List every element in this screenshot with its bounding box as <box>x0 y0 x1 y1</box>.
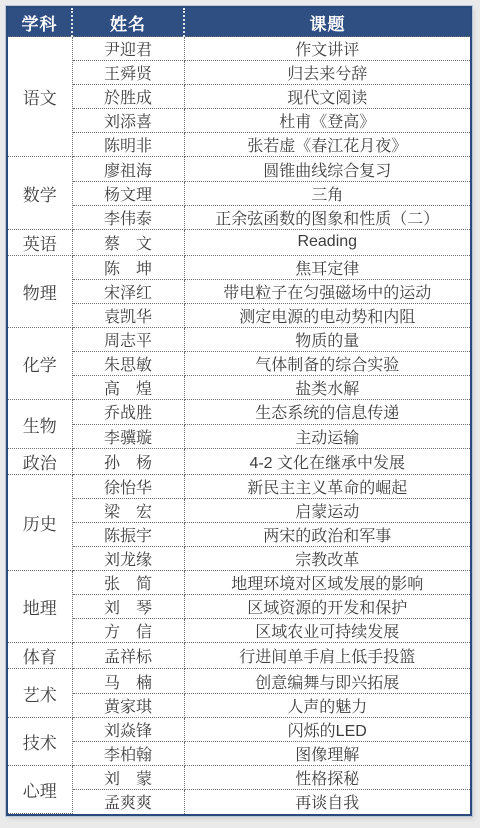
subject-cell: 语文 <box>8 37 72 157</box>
table-row: 语文尹迎君作文讲评 <box>8 37 470 61</box>
topic-cell: 两宋的政治和军事 <box>184 522 470 546</box>
table-row: 物理陈 坤焦耳定律 <box>8 255 470 279</box>
table-row: 梁 宏启蒙运动 <box>8 498 470 522</box>
topic-cell: 生态系统的信息传递 <box>184 400 470 424</box>
table-row: 袁凯华测定电源的电动势和内阻 <box>8 304 470 328</box>
topic-cell: 张若虚《春江花月夜》 <box>184 133 470 157</box>
table-row: 刘龙缘宗教改革 <box>8 547 470 571</box>
header-subject: 学科 <box>8 8 72 37</box>
table-row: 生物乔战胜生态系统的信息传递 <box>8 400 470 424</box>
name-cell: 徐怡华 <box>72 474 184 498</box>
topic-cell: 正余弦函数的图象和性质（二） <box>184 205 470 229</box>
topic-cell: 人声的魅力 <box>184 693 470 717</box>
subject-cell: 技术 <box>8 717 72 765</box>
table-row: 李伟泰正余弦函数的图象和性质（二） <box>8 205 470 229</box>
topic-cell: 区域资源的开发和保护 <box>184 595 470 619</box>
table-header: 学科 姓名 课题 <box>8 8 470 37</box>
table-row: 政治孙 杨4-2 文化在继承中发展 <box>8 448 470 474</box>
name-cell: 王舜贤 <box>72 61 184 85</box>
table-row: 技术刘焱锋闪烁的LED <box>8 717 470 741</box>
table-row: 於胜成现代文阅读 <box>8 85 470 109</box>
topic-cell: 归去来兮辞 <box>184 61 470 85</box>
table-body: 语文尹迎君作文讲评王舜贤归去来兮辞於胜成现代文阅读刘添喜杜甫《登高》陈明非张若虚… <box>8 37 470 814</box>
table-row: 孟爽爽再谈自我 <box>8 789 470 813</box>
name-cell: 陈 坤 <box>72 255 184 279</box>
subject-cell: 体育 <box>8 643 72 669</box>
name-cell: 梁 宏 <box>72 498 184 522</box>
name-cell: 刘 琴 <box>72 595 184 619</box>
topic-cell: 现代文阅读 <box>184 85 470 109</box>
topic-cell: 闪烁的LED <box>184 717 470 741</box>
topic-cell: 启蒙运动 <box>184 498 470 522</box>
header-name: 姓名 <box>72 8 184 37</box>
name-cell: 刘焱锋 <box>72 717 184 741</box>
name-cell: 方 信 <box>72 619 184 643</box>
topic-cell: 4-2 文化在继承中发展 <box>184 448 470 474</box>
name-cell: 宋泽红 <box>72 279 184 303</box>
name-cell: 张 简 <box>72 571 184 595</box>
table-row: 化学周志平物质的量 <box>8 328 470 352</box>
name-cell: 刘 蒙 <box>72 765 184 789</box>
name-cell: 李柏翰 <box>72 741 184 765</box>
table-row: 数学廖祖海圆锥曲线综合复习 <box>8 157 470 181</box>
table-row: 杨文理三角 <box>8 181 470 205</box>
topic-cell: 宗教改革 <box>184 547 470 571</box>
table-row: 心理刘 蒙性格探秘 <box>8 765 470 789</box>
subject-cell: 英语 <box>8 229 72 255</box>
topic-cell: 测定电源的电动势和内阻 <box>184 304 470 328</box>
subject-cell: 化学 <box>8 328 72 400</box>
table-row: 陈振宇两宋的政治和军事 <box>8 522 470 546</box>
header-row: 学科 姓名 课题 <box>8 8 470 37</box>
table-row: 黄家琪人声的魅力 <box>8 693 470 717</box>
subject-cell: 地理 <box>8 571 72 643</box>
name-cell: 黄家琪 <box>72 693 184 717</box>
table-row: 李柏翰图像理解 <box>8 741 470 765</box>
name-cell: 杨文理 <box>72 181 184 205</box>
topic-cell: 新民主主义革命的崛起 <box>184 474 470 498</box>
topic-cell: 焦耳定律 <box>184 255 470 279</box>
table-row: 王舜贤归去来兮辞 <box>8 61 470 85</box>
topic-cell: 行进间单手肩上低手投篮 <box>184 643 470 669</box>
table-row: 朱思敏气体制备的综合实验 <box>8 352 470 376</box>
subject-cell: 艺术 <box>8 669 72 717</box>
topic-cell: 主动运输 <box>184 424 470 448</box>
topic-cell: 盐类水解 <box>184 376 470 400</box>
header-topic: 课题 <box>184 8 470 37</box>
table-row: 宋泽红带电粒子在匀强磁场中的运动 <box>8 279 470 303</box>
name-cell: 刘添喜 <box>72 109 184 133</box>
name-cell: 蔡 文 <box>72 229 184 255</box>
table-row: 刘 琴区域资源的开发和保护 <box>8 595 470 619</box>
schedule-table: 学科 姓名 课题 语文尹迎君作文讲评王舜贤归去来兮辞於胜成现代文阅读刘添喜杜甫《… <box>8 8 470 814</box>
topic-cell: 圆锥曲线综合复习 <box>184 157 470 181</box>
schedule-table-frame: 学科 姓名 课题 语文尹迎君作文讲评王舜贤归去来兮辞於胜成现代文阅读刘添喜杜甫《… <box>6 6 472 816</box>
table-row: 李骥璇主动运输 <box>8 424 470 448</box>
name-cell: 陈明非 <box>72 133 184 157</box>
name-cell: 李骥璇 <box>72 424 184 448</box>
table-row: 体育孟祥标行进间单手肩上低手投篮 <box>8 643 470 669</box>
topic-cell: 再谈自我 <box>184 789 470 813</box>
name-cell: 李伟泰 <box>72 205 184 229</box>
topic-cell: 区域农业可持续发展 <box>184 619 470 643</box>
subject-cell: 政治 <box>8 448 72 474</box>
name-cell: 孟爽爽 <box>72 789 184 813</box>
subject-cell: 数学 <box>8 157 72 229</box>
table-row: 历史徐怡华新民主主义革命的崛起 <box>8 474 470 498</box>
table-row: 地理张 简地理环境对区域发展的影响 <box>8 571 470 595</box>
table-row: 刘添喜杜甫《登高》 <box>8 109 470 133</box>
name-cell: 孟祥标 <box>72 643 184 669</box>
topic-cell: 物质的量 <box>184 328 470 352</box>
table-row: 方 信区域农业可持续发展 <box>8 619 470 643</box>
name-cell: 陈振宇 <box>72 522 184 546</box>
topic-cell: 性格探秘 <box>184 765 470 789</box>
topic-cell: Reading <box>184 229 470 255</box>
subject-cell: 生物 <box>8 400 72 448</box>
topic-cell: 带电粒子在匀强磁场中的运动 <box>184 279 470 303</box>
name-cell: 廖祖海 <box>72 157 184 181</box>
subject-cell: 物理 <box>8 255 72 327</box>
name-cell: 袁凯华 <box>72 304 184 328</box>
table-row: 英语蔡 文Reading <box>8 229 470 255</box>
topic-cell: 三角 <box>184 181 470 205</box>
topic-cell: 图像理解 <box>184 741 470 765</box>
name-cell: 朱思敏 <box>72 352 184 376</box>
name-cell: 乔战胜 <box>72 400 184 424</box>
name-cell: 孙 杨 <box>72 448 184 474</box>
topic-cell: 气体制备的综合实验 <box>184 352 470 376</box>
topic-cell: 地理环境对区域发展的影响 <box>184 571 470 595</box>
name-cell: 刘龙缘 <box>72 547 184 571</box>
table-row: 陈明非张若虚《春江花月夜》 <box>8 133 470 157</box>
name-cell: 高 煌 <box>72 376 184 400</box>
table-row: 高 煌盐类水解 <box>8 376 470 400</box>
name-cell: 於胜成 <box>72 85 184 109</box>
name-cell: 尹迎君 <box>72 37 184 61</box>
topic-cell: 杜甫《登高》 <box>184 109 470 133</box>
topic-cell: 创意编舞与即兴拓展 <box>184 669 470 693</box>
name-cell: 周志平 <box>72 328 184 352</box>
topic-cell: 作文讲评 <box>184 37 470 61</box>
subject-cell: 历史 <box>8 474 72 570</box>
name-cell: 马 楠 <box>72 669 184 693</box>
table-row: 艺术马 楠创意编舞与即兴拓展 <box>8 669 470 693</box>
subject-cell: 心理 <box>8 765 72 813</box>
